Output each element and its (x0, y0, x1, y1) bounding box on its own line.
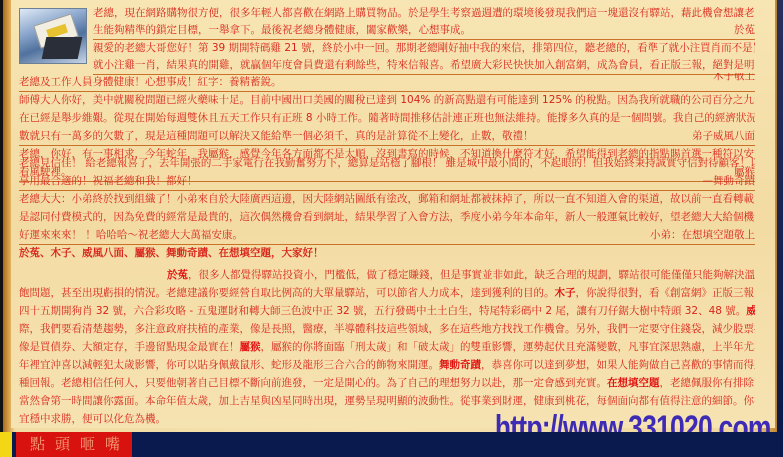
footer-label: 點頭咂嘴 (16, 432, 132, 457)
letter-6-signature: 小弟：在想填空題敬上 (650, 226, 755, 244)
reply-name-weifeng: 威風八面 (746, 305, 755, 317)
letter-2-line-3: 老總及工作人員身體健康！心想事成！紅字：養精蓄銳。 木子敬上 (19, 73, 755, 92)
reply-intro-text: ，很多人都覺得驛站投資小，門檻低，做了穩定賺錢，但是事實並非如此，缺乏合理的規劃… (188, 269, 755, 281)
reply-line-6: 種回報。老總相信任何人，只要他朝著自己目標不斷向前進發，一定是開心的。為了自己的… (19, 374, 755, 393)
reply-text: 四十五期開狗肖 32 號，六合彩攻略 - 五鬼運財和轉大師三色波中正 32 號，… (19, 305, 746, 317)
letter-5-line-2: 享用最合適的！祝福老總和我！都好！ —舞動奇蹟 (19, 172, 755, 191)
reply-line-3: 際，我們要看清楚趨勢，多注意政府扶植的產業，像是長照，醫療，半導體科技這些領域，… (19, 320, 755, 339)
letter-6-line-3: 好運來來來！ ！哈哈哈～祝老總大大萬福安康。 小弟：在想填空題敬上 (19, 226, 755, 245)
letter-2-text: 老總及工作人員身體健康！心想事成！紅字：養精蓄銳。 (19, 76, 282, 88)
reply-name-wudong: 舞動奇蹟 (439, 359, 481, 371)
reply-text: ，屬猴的你將面臨「刑太歲」和「破太歲」的雙重影響，運勢起伏且充滿變數，凡事宜深思… (261, 341, 756, 353)
reply-line-1: 飽問題，甚至出現虧損的情況。老總建議你要經營自取比例高的大單量驛站，可以節省人力… (19, 284, 755, 303)
letter-6-line-1: 老總大大：小弟終於找到組織了！小弟來自於大陸廣西這邊，因大陸網站圖紙有塗改，郵箱… (19, 190, 755, 209)
reply-name-yutu: 於菟 (167, 269, 188, 281)
letter-2-signature: 木子敬上 (713, 73, 755, 85)
reply-intro: 於菟，很多人都覺得驛站投資小，門檻低，做了穩定賺錢，但是事實並非如此，缺乏合理的… (19, 266, 755, 285)
letter-3-line-3: 數就只有一萬多的欠數了，現是這種問題可以解決又能給準一個必須千，真的是計算從不上… (19, 127, 755, 146)
reply-text: 年裡宜沖喜以減輕犯太歲影響，你可以貼身佩戴鼠形、蛇形及龍形三合六合的飾物來開運。 (19, 359, 439, 371)
mailbox-laptop-image (19, 8, 87, 64)
reply-text: 種回報。老總相信任何人，只要他朝著自己目標不斷向前進發，一定是開心的。為了自己的… (19, 377, 607, 389)
letter-5-line-1: 老總見信佳！ 給老總報喜了，去年開張的二手家電行在我勤奮努力下，總算是站穩了腳根… (19, 154, 755, 173)
letter-1-line-2: 生能夠精準的鎖定目標，一舉拿下。最後祝老總身體健康，闔家歡樂，心想事成。 於菟 (93, 21, 755, 40)
reply-name-shuhou: 屬猴 (240, 341, 261, 353)
footer-accent (0, 432, 12, 457)
letter-6-text: 好運來來來！ ！哈哈哈～祝老總大大萬福安康。 (19, 229, 243, 241)
reply-line-2: 四十五期開狗肖 32 號，六合彩攻略 - 五鬼運財和轉大師三色波中正 32 號，… (19, 302, 755, 321)
letter-3-signature: 弟子威風八面 (692, 127, 755, 145)
reply-text: 飽問題，甚至出現虧損的情況。老總建議你要經營自取比例高的大單量驛站，可以節省人力… (19, 287, 555, 299)
letter-1-signature: 於菟 (734, 21, 755, 39)
footer-bar: 點頭咂嘴 (0, 432, 783, 457)
letter-3-line-2: 在已經是舉步維艱。從現在開始每週雙休且五天工作只有正班 8 小時工作。隨著時間推… (19, 109, 755, 128)
letter-3-line-1: 師傅大人你好，美中就關稅問題已經火藥味十足。目前中國出口美國的關稅已達到 104… (19, 91, 755, 110)
letter-6-line-2: 是認同付費模式的，因為免費的經常是最貴的，這次偶然機會看到網址，結果學習了入會方… (19, 208, 755, 227)
letter-1-text: 生能夠精準的鎖定目標，一舉拿下。最後祝老總身體健康，闔家歡樂，心想事成。 (93, 24, 471, 36)
letter-5-text: 享用最合適的！祝福老總和我！都好！ (19, 175, 198, 187)
reply-name-muzi: 木子 (555, 287, 576, 299)
reply-line-5: 年裡宜沖喜以減輕犯太歲影響，你可以貼身佩戴鼠形、蛇形及龍形三合六合的飾物來開運。… (19, 356, 755, 375)
reply-greeting: 於菟、木子、威風八面、屬猴、舞動奇蹟、在想填空題，大家好！ (19, 244, 755, 263)
reply-line-4: 像是買債券、大額定存，手邊留點現金最實在！屬猴，屬猴的你將面臨「刑太歲」和「破太… (19, 338, 755, 357)
reply-name-zaixiang: 在想填空題 (607, 377, 660, 389)
laptop-icon (42, 37, 83, 59)
reply-text: ，老總佩服你有排除萬難，迎難而上的勇氣， (660, 377, 756, 389)
letter-3-text: 數就只有一萬多的欠數了，現是這種問題可以解決又能給準一個必須千，真的是計算從不上… (19, 130, 534, 142)
letter-5-signature: —舞動奇蹟 (703, 172, 756, 190)
letters-frame: 老總，現在網路購物很方便，很多年輕人都喜歡在網路上購買物品。於是學生考察過週遭的… (0, 0, 783, 432)
reply-text: 像是買債券、大額定存，手邊留點現金最實在！ (19, 341, 240, 353)
reply-text: ，恭喜你可以達到夢想，如果人能夠做自己喜歡的事情而得到效果，這樣便是一 (481, 359, 755, 371)
reply-text: ，你說得很對，看《創富網》正版三報，絕對是明智的選擇。第 (576, 287, 756, 299)
